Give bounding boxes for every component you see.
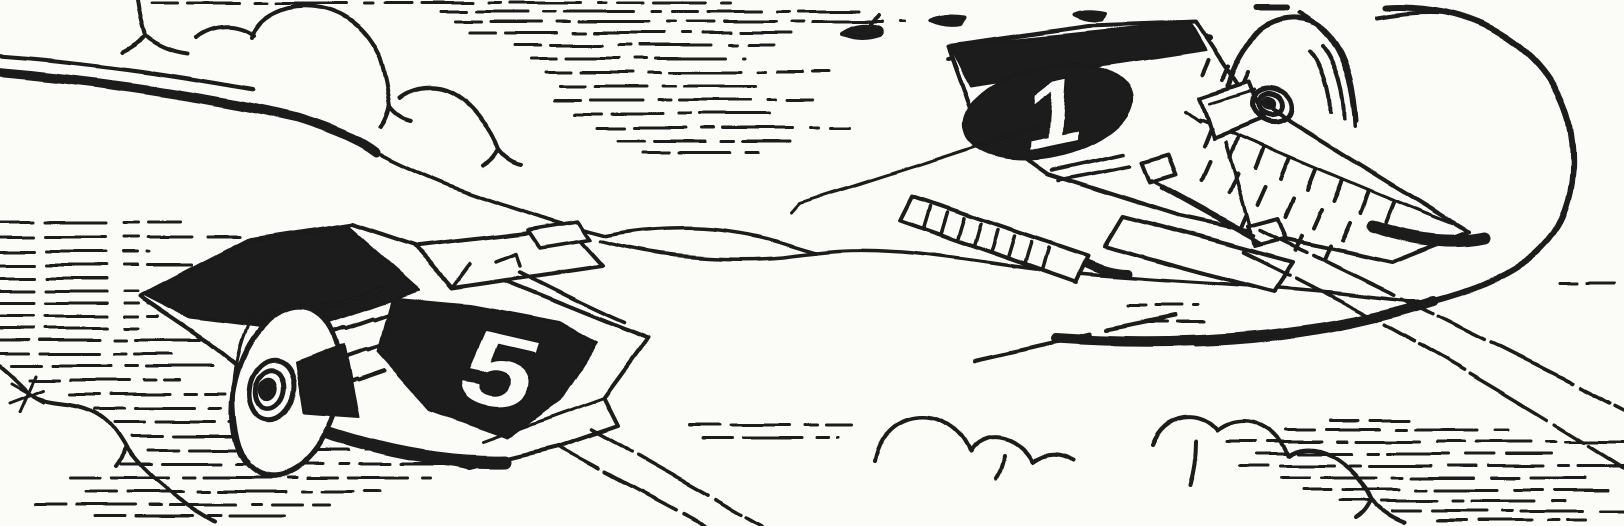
cloud-bottom-left — [0, 366, 215, 522]
speed-lines-bottom-right — [1228, 421, 1624, 520]
speed-lines-top — [152, 3, 905, 152]
elevator-shadow — [1088, 264, 1128, 274]
left-aircraft: 5 — [140, 222, 762, 526]
illustration-canvas: 5 1 — [0, 0, 1624, 526]
distant-plane-icon — [1074, 12, 1104, 20]
control-lines-left-aircraft — [558, 430, 762, 526]
distant-plane-icon — [842, 16, 882, 38]
right-aircraft: 1 — [792, 13, 1624, 468]
cloud-bottom-center — [875, 416, 1404, 522]
ink-drawing: 5 1 — [0, 0, 1624, 526]
control-lines-right-aircraft — [1244, 230, 1624, 468]
cloud-top-left — [122, 0, 521, 166]
right-aircraft-number: 1 — [1022, 55, 1087, 173]
distant-plane-icon — [930, 16, 964, 25]
